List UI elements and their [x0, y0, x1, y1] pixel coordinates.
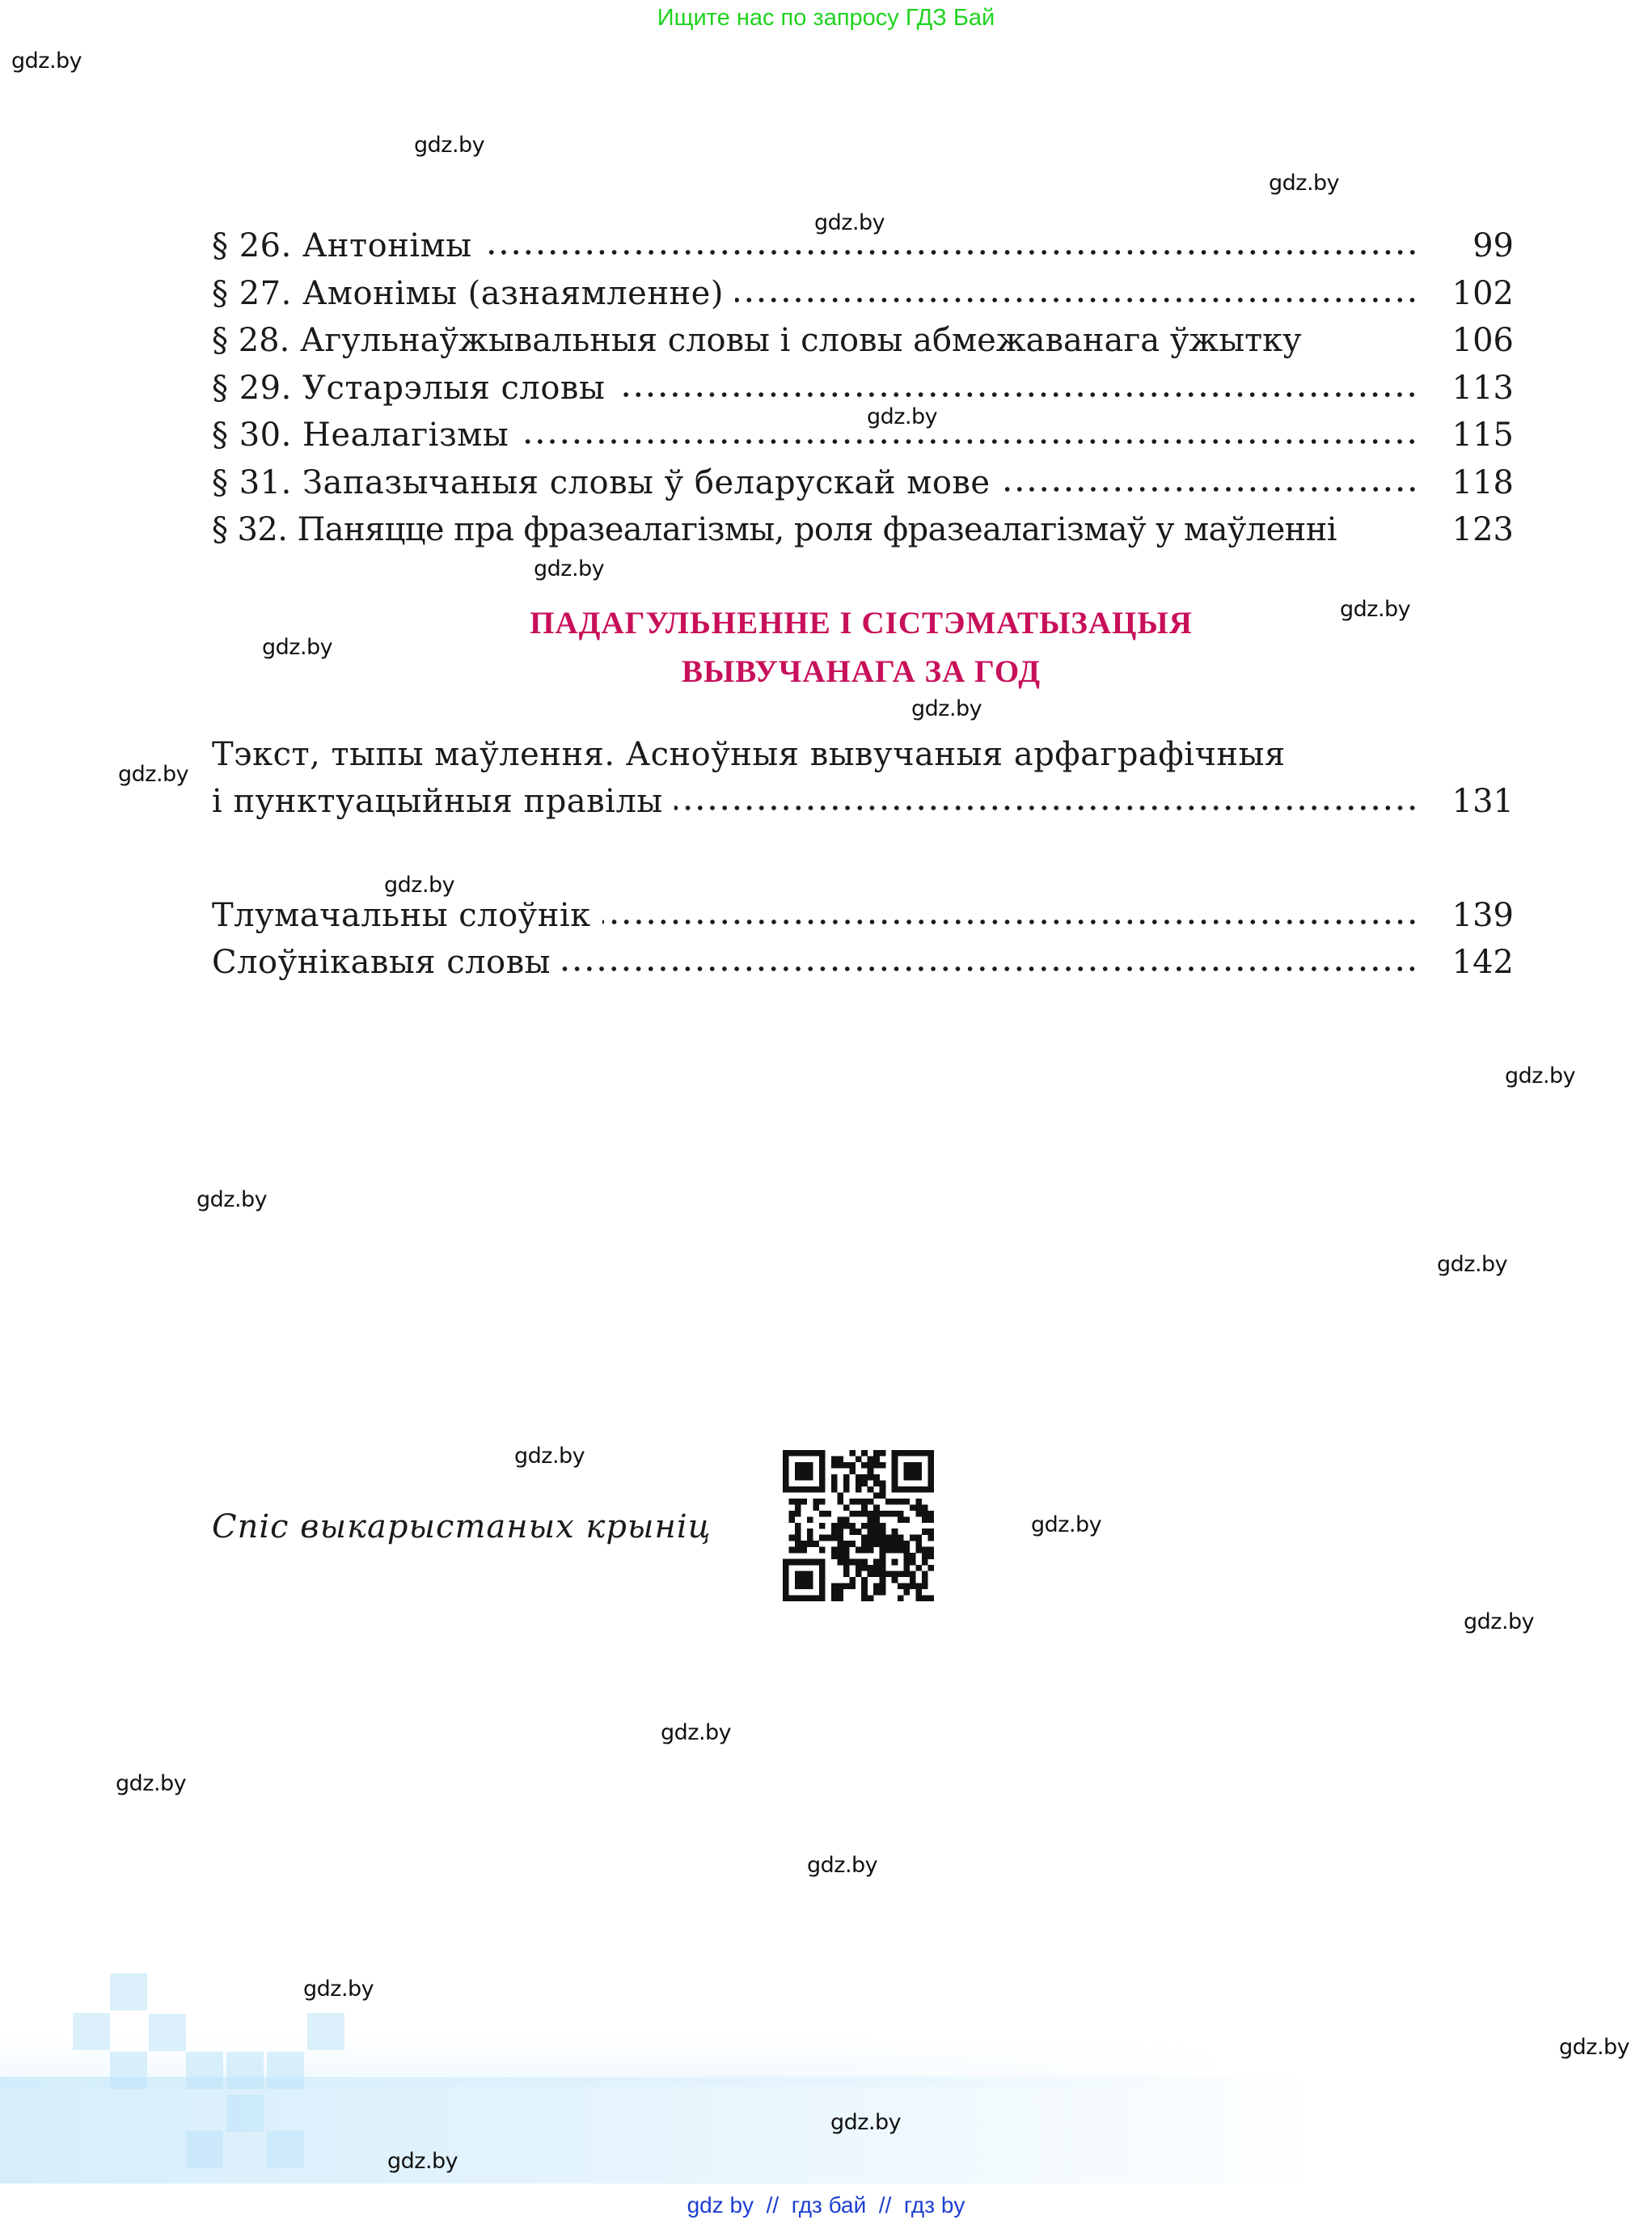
dot-leader — [520, 438, 1418, 446]
decorative-square — [73, 2013, 110, 2050]
decorative-square — [186, 2052, 223, 2089]
toc-entry-page: 115 — [1426, 412, 1514, 459]
dot-leader — [735, 296, 1418, 304]
watermark: gdz.by — [387, 2148, 458, 2175]
decorative-square — [267, 2052, 304, 2089]
watermark: gdz.by — [116, 1770, 186, 1798]
toc-entry[interactable]: § 29. Устарэлыя словы 113 — [212, 365, 1514, 412]
decorative-square — [149, 2014, 186, 2051]
watermark: gdz.by — [867, 404, 937, 431]
watermark: gdz.by — [1340, 596, 1410, 624]
section-heading-line-2: ВЫВУЧАНАГА ЗА ГОД — [0, 651, 1652, 693]
decorative-square — [110, 2052, 147, 2089]
toc-entry-page: 123 — [1426, 506, 1514, 553]
watermark: gdz.by — [11, 48, 82, 75]
decorative-square — [186, 2131, 223, 2168]
dot-leader — [562, 965, 1418, 973]
watermark: gdz.by — [514, 1443, 585, 1470]
decorative-square — [226, 2052, 264, 2089]
toc-entry[interactable]: § 32. Паняцце пра фразеалагізмы, роля фр… — [212, 506, 1514, 553]
toc-entry[interactable]: Слоўнікавыя словы 142 — [212, 939, 1514, 986]
watermark: gdz.by — [807, 1852, 877, 1879]
sources-list-label[interactable]: Спіс выкарыстаных крыніц — [212, 1503, 712, 1550]
qr-code-graphic — [783, 1450, 934, 1601]
toc-entry-title: § 30. Неалагізмы — [212, 412, 509, 459]
toc-entry[interactable]: і пунктуацыйныя правілы 131 — [212, 778, 1514, 825]
toc-entry[interactable]: § 31. Запазычаныя словы ў беларускай мов… — [212, 459, 1514, 506]
watermark: gdz.by — [196, 1186, 267, 1214]
watermark: gdz.by — [1559, 2034, 1629, 2061]
watermark: gdz.by — [1269, 170, 1339, 197]
watermark: gdz.by — [262, 634, 332, 662]
dot-leader — [602, 918, 1418, 926]
dot-leader — [616, 391, 1418, 399]
search-hint-banner: Ищите нас по запросу ГДЗ Бай — [0, 2, 1652, 34]
toc-entry-page: 99 — [1426, 222, 1514, 269]
toc-entry-title: § 32. Паняцце пра фразеалагізмы, роля фр… — [212, 506, 1337, 553]
dot-leader — [674, 804, 1418, 812]
toc-entry-page: 131 — [1426, 778, 1514, 825]
watermark: gdz.by — [1505, 1063, 1575, 1090]
toc-entry-page: 139 — [1426, 892, 1514, 939]
watermark: gdz.by — [534, 556, 604, 583]
decorative-square — [226, 2095, 264, 2132]
review-entry-title-line-1[interactable]: Тэкст, тыпы маўлення. Асноўныя вывучаныя… — [212, 731, 1286, 778]
decorative-square — [267, 2131, 304, 2168]
toc-entry-page: 113 — [1426, 365, 1514, 412]
qr-code-icon[interactable] — [783, 1450, 934, 1601]
watermark: gdz.by — [1437, 1251, 1507, 1279]
decorative-square — [110, 1973, 147, 2010]
watermark: gdz.by — [414, 132, 484, 159]
watermark: gdz.by — [1031, 1512, 1101, 1539]
footer-links[interactable]: gdz by // гдз бай // гдз by — [0, 2191, 1652, 2220]
watermark: gdz.by — [911, 696, 982, 723]
watermark: gdz.by — [118, 761, 188, 789]
toc-entry-title: § 26. Антонімы — [212, 222, 472, 269]
watermark: gdz.by — [384, 872, 454, 899]
toc-entry-title: § 27. Амонімы (азнаямленне) — [212, 270, 724, 317]
decorative-square — [307, 2013, 344, 2050]
dot-leader — [484, 248, 1418, 256]
toc-entry-title: § 29. Устарэлыя словы — [212, 365, 605, 412]
watermark: gdz.by — [661, 1719, 731, 1747]
watermark: gdz.by — [830, 2109, 901, 2137]
toc-entry[interactable]: § 28. Агульнаўжывальныя словы і словы аб… — [212, 317, 1514, 364]
toc-entry-title: § 31. Запазычаныя словы ў беларускай мов… — [212, 459, 991, 506]
watermark: gdz.by — [303, 1976, 374, 2003]
dot-leader — [1002, 485, 1418, 493]
watermark: gdz.by — [814, 209, 885, 237]
toc-entry-title: Слоўнікавыя словы — [212, 939, 551, 986]
toc-entry-page: 118 — [1426, 459, 1514, 506]
toc-entry[interactable]: § 30. Неалагізмы 115 — [212, 412, 1514, 459]
toc-entry-page: 106 — [1426, 317, 1514, 364]
toc-entry-page: 102 — [1426, 270, 1514, 317]
watermark: gdz.by — [1464, 1609, 1534, 1636]
review-entry-title-line-2: і пунктуацыйныя правілы — [212, 778, 663, 825]
toc-entry-title: § 28. Агульнаўжывальныя словы і словы аб… — [212, 317, 1302, 364]
toc-entry-page: 142 — [1426, 939, 1514, 986]
toc-entry[interactable]: § 27. Амонімы (азнаямленне) 102 — [212, 270, 1514, 317]
